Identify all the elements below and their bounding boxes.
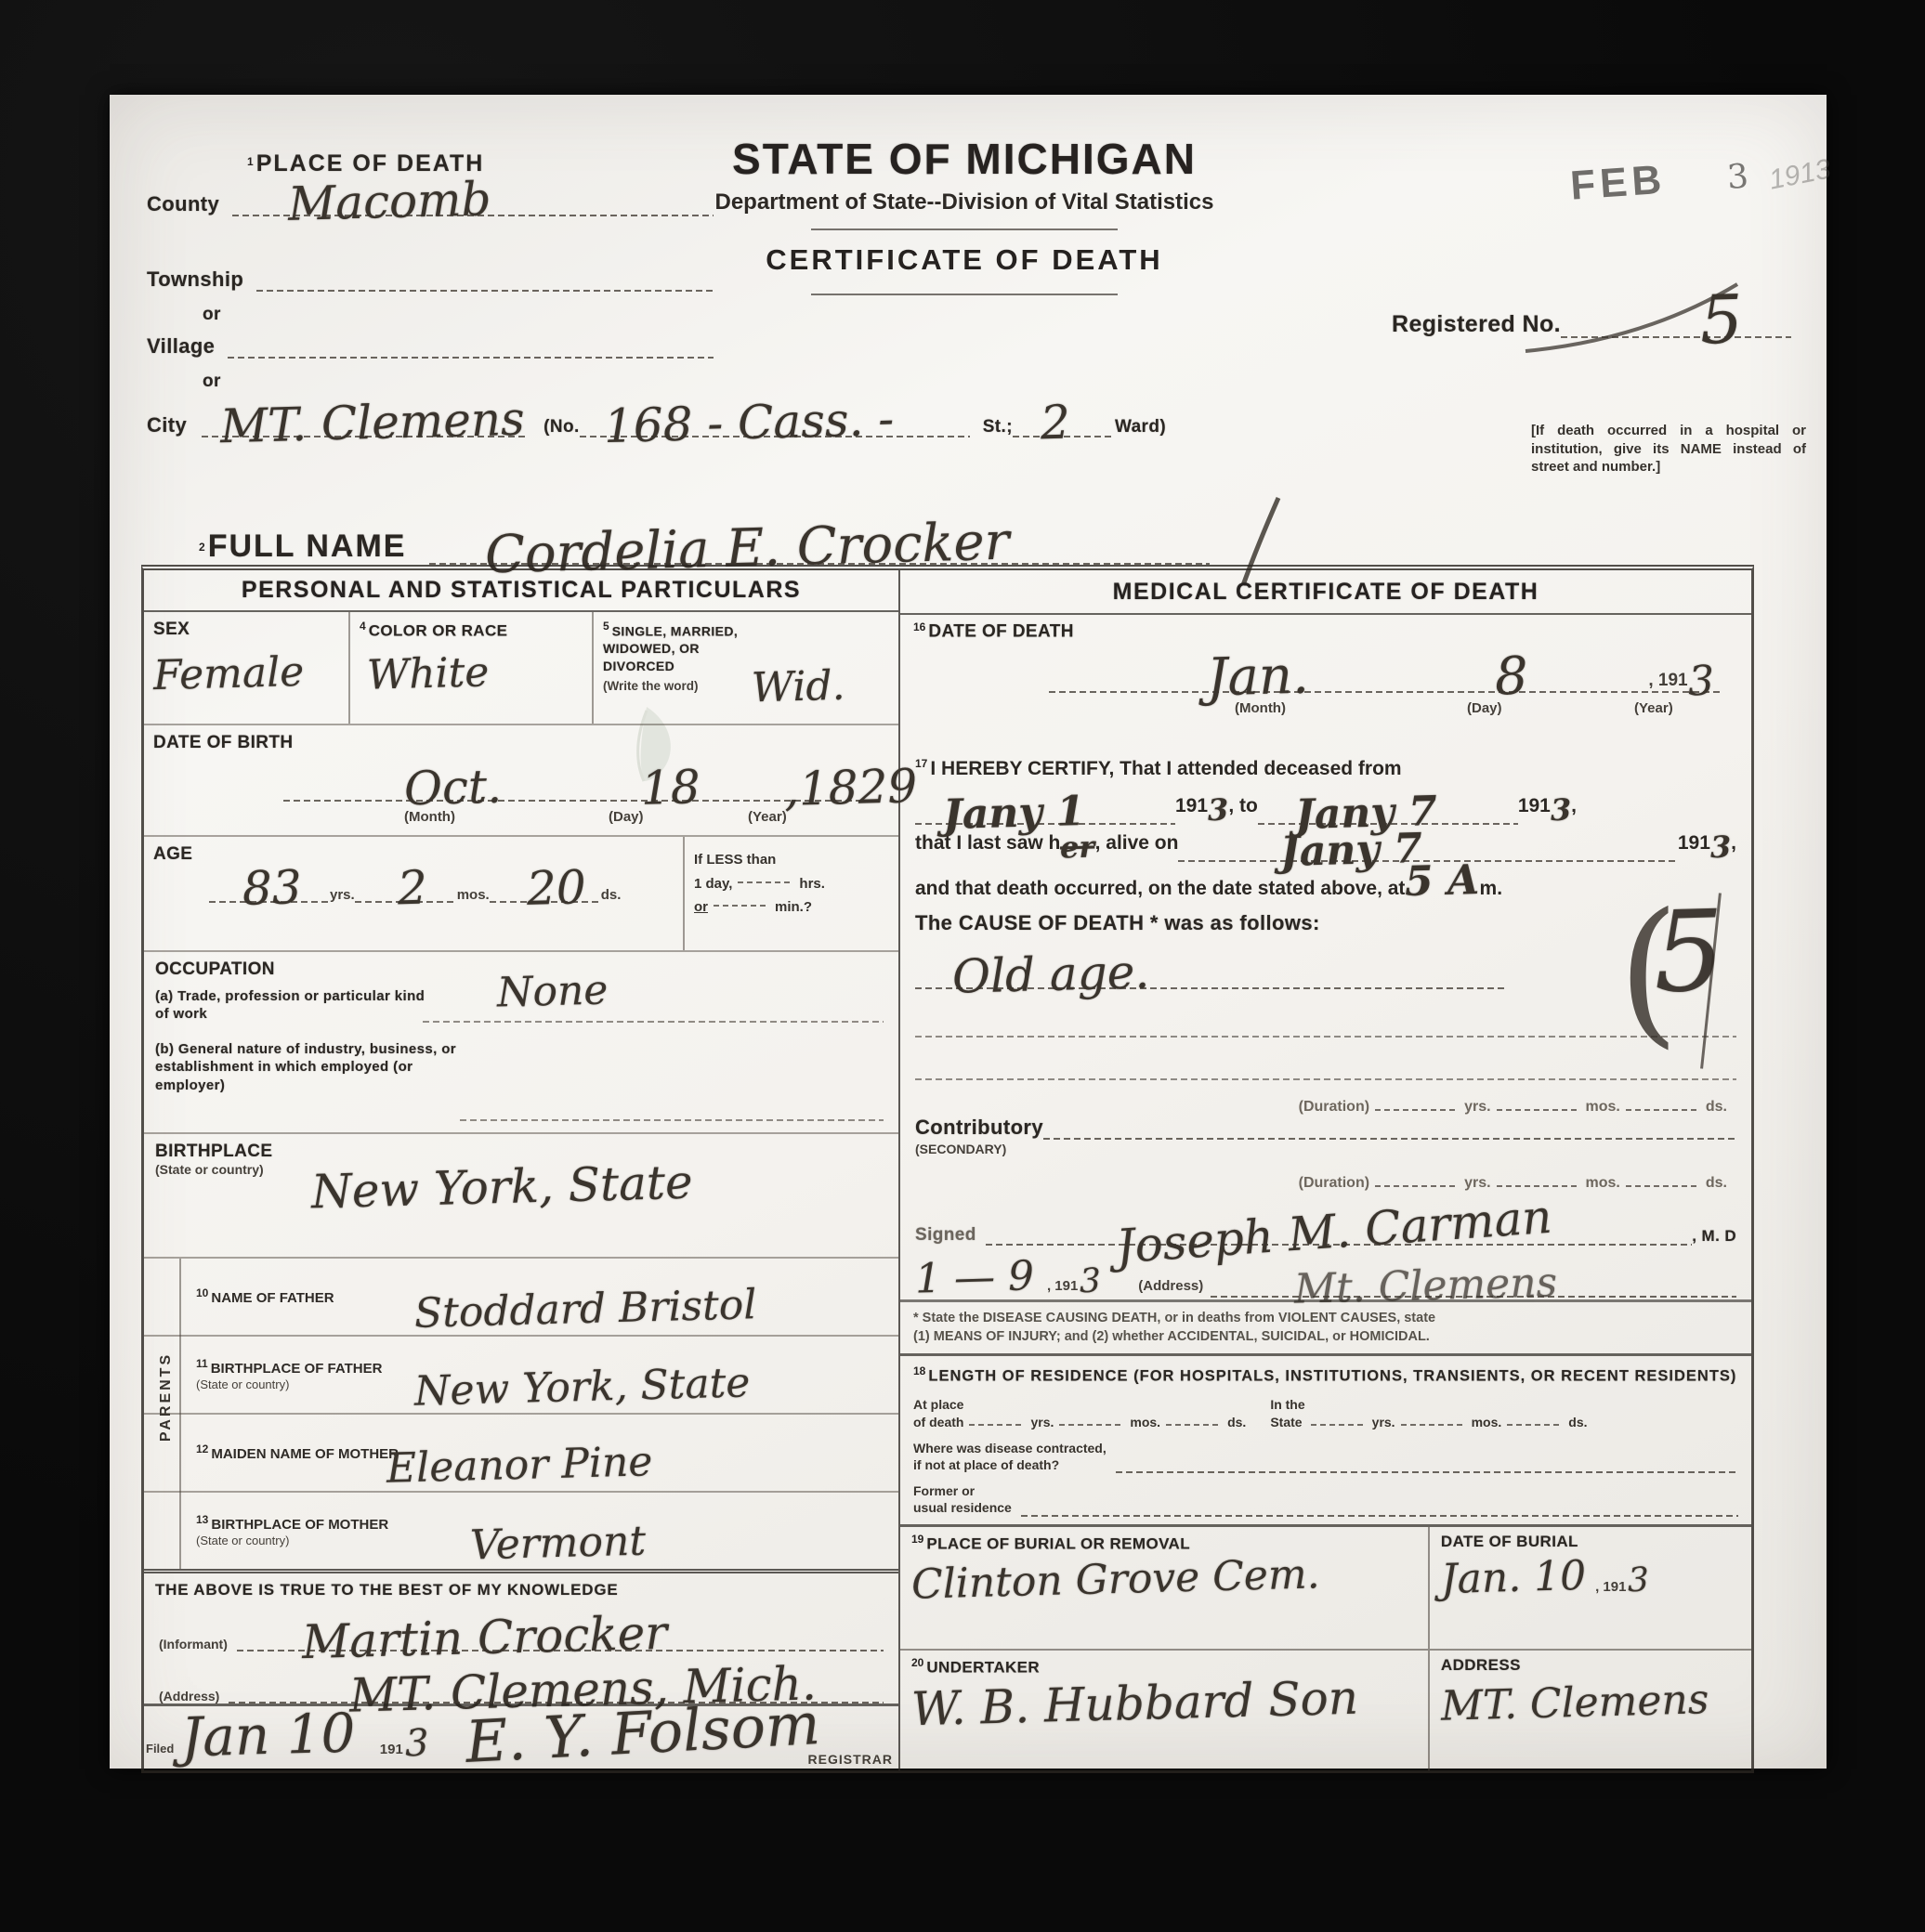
registered-no-handwritten: 5 [1699,287,1744,352]
undertaker-address-label: ADDRESS [1441,1656,1521,1674]
contracted-line [1116,1458,1738,1473]
cause-footnote: * State the DISEASE CAUSING DEATH, or in… [900,1299,1751,1353]
signed-address-label: (Address) [1138,1278,1203,1294]
informant-line: Martin Crocker [237,1616,884,1652]
certificate-paper: 1PLACE OF DEATH County Macomb Township o… [110,95,1827,1769]
field-number-16: 16 [913,620,925,633]
burial-date-handwritten: Jan. 10 [1440,1556,1586,1599]
mother-birthplace-row: 13BIRTHPLACE OF MOTHER (State or country… [144,1493,898,1569]
filed-date-handwritten: Jan 10 [181,1707,357,1763]
received-date-stamp: FEB31913 [1569,145,1832,209]
occupation-b-line [460,1119,884,1121]
attestation-statement: THE ABOVE IS TRUE TO THE BEST OF MY KNOW… [155,1581,887,1599]
at-place-label: At placeof death [913,1396,963,1429]
former-residence-line [1021,1502,1738,1517]
duration-label-2: (Duration) [1299,1175,1369,1192]
undertaker-label: UNDERTAKER [926,1658,1040,1676]
ward-handwritten: 2 [1040,401,1070,446]
field-number-20: 20 [911,1656,923,1669]
filed-year-digit: 3 [404,1726,428,1762]
cause-line: Old age. [915,937,1506,989]
age-row: AGE 83 yrs. 2 mos. 20 ds. If LESS than 1… [144,837,898,952]
father-name-handwritten: Stoddard Bristol [414,1286,757,1334]
father-name-label: NAME OF FATHER [211,1290,334,1306]
contributory-block: Contributory (SECONDARY) [900,1116,1751,1156]
signed-label: Signed [915,1225,976,1246]
residence-duration-row: At placeof death yrs. mos. ds. In theSta… [913,1396,1738,1429]
less-line-2: 1 day,hrs. [694,872,889,896]
residence-title: LENGTH OF RESIDENCE (FOR HOSPITALS, INST… [928,1367,1736,1384]
cause-of-death-label: The CAUSE OF DEATH * was as follows: [915,911,1736,935]
burial-place-handwritten: Clinton Grove Cem. [911,1555,1321,1604]
mother-name-row: 12MAIDEN NAME OF MOTHER Eleanor Pine [144,1415,898,1493]
mother-birthplace-sublabel: (State or country) [196,1534,414,1548]
registered-no-line: 5 [1561,288,1791,338]
color-race-handwritten: White [366,654,489,696]
death-time-handwritten: 5 A [1405,861,1480,902]
attended-to-year-digit: 3 [1550,796,1571,825]
sex-label: SEX [153,620,339,640]
state-title: STATE OF MICHIGAN [593,134,1336,184]
attended-from-year-digit: 3 [1208,796,1229,825]
particulars-box: PERSONAL AND STATISTICAL PARTICULARS SEX… [141,565,1754,1773]
city-label: City [147,413,187,437]
street-handwritten: 168 - Cass. - [603,398,894,450]
date-of-birth-row: DATE OF BIRTH Oct. 18 ,1829 (Month) (Day… [144,725,898,837]
date-of-death-label: DATE OF DEATH [928,621,1074,641]
birthplace-handwritten: New York, State [310,1161,693,1215]
former-residence-row: Former orusual residence [913,1482,1738,1516]
dod-month-handwritten: Jan. [1206,650,1309,702]
occupation-b-label: (b) General nature of industry, business… [155,1040,462,1095]
dod-year-printed: , 191 [1648,671,1687,691]
title-rule-2 [811,294,1118,299]
occupation-a-handwritten: None [496,971,608,1012]
filed-row: Filed Jan 10 191 3 E. Y. Folsom REGISTRA… [144,1704,898,1770]
field-number-4: 4 [360,620,366,633]
hospital-note: [If death occurred in a hospital or inst… [1531,422,1806,476]
marital-handwritten: Wid. [751,667,845,718]
informant-address-label: (Address) [159,1689,219,1704]
or-label-1: or [203,305,221,325]
filed-year-printed: 191 [380,1742,403,1757]
sex-color-marital-row: SEX Female 4COLOR OR RACE White 5SINGLE,… [144,612,898,725]
dod-month-sublabel: (Month) [1235,700,1286,716]
signed-line: Joseph M. Carman [986,1210,1693,1247]
stamp-month: FEB [1569,157,1668,209]
color-race-cell: 4COLOR OR RACE White [348,612,592,724]
attended-from-line: Jany 1 [915,794,1175,825]
contributory-line [1043,1121,1736,1140]
street-line: 168 - Cass. - [580,401,970,437]
dob-year-sublabel: (Year) [748,809,787,825]
registrar-label: REGISTRAR [808,1752,893,1767]
marital-label: SINGLE, MARRIED, WIDOWED, OR DIVORCED [603,623,738,673]
informant-handwritten: Martin Crocker [301,1611,667,1664]
burial-year-digit: 3 [1628,1565,1650,1598]
date-of-birth-label: DATE OF BIRTH [153,733,294,753]
age-years-handwritten: 83 [242,866,302,911]
saw-her-handwritten: er [1060,833,1095,862]
personal-column: PERSONAL AND STATISTICAL PARTICULARS SEX… [144,570,900,1770]
dob-day-sublabel: (Day) [609,809,644,825]
field-number-2: 2 [199,541,205,554]
mother-name-handwritten: Eleanor Pine [386,1443,653,1489]
parents-group: PARENTS 10NAME OF FATHER Stoddard Bristo… [144,1259,898,1569]
city-handwritten: MT. Clemens [220,398,526,450]
village-label: Village [147,334,215,359]
birthplace-row: BIRTHPLACE (State or country) New York, … [144,1134,898,1259]
undertaker-cell: 20UNDERTAKER W. B. Hubbard Son [900,1649,1428,1770]
street-no-open-label: (No. [543,417,580,437]
city-line: MT. Clemens [202,401,527,437]
burial-place-cell: 19PLACE OF BURIAL OR REMOVAL Clinton Gro… [900,1527,1428,1649]
form-title-block: STATE OF MICHIGAN Department of State--D… [593,134,1336,308]
undertaker-address-cell: ADDRESS MT. Clemens [1428,1649,1751,1770]
dod-year-sublabel: (Year) [1634,700,1673,716]
burial-grid: 19PLACE OF BURIAL OR REMOVAL Clinton Gro… [900,1524,1751,1771]
dob-line: Oct. 18 ,1829 [283,753,861,802]
undertaker-handwritten: W. B. Hubbard Son [910,1677,1358,1732]
duration-label-1: (Duration) [1299,1099,1369,1116]
burial-year-printed: , 191 [1595,1579,1626,1595]
signed-date-handwritten: 1 — 9 [914,1258,1034,1299]
sex-handwritten: Female [152,653,304,696]
age-yrs-line: 83 [209,867,330,903]
attended-from-handwritten: Jany 1 [942,792,1085,835]
less-line-1: If LESS than [694,848,889,872]
medical-column: MEDICAL CERTIFICATE OF DEATH 16DATE OF D… [900,570,1751,1770]
signed-year-digit: 3 [1080,1266,1102,1299]
registered-no-row: Registered No. 5 [1392,288,1791,338]
informant-row: (Informant) Martin Crocker [155,1599,887,1651]
burial-date-label: DATE OF BURIAL [1441,1533,1578,1550]
burial-date-cell: DATE OF BURIAL Jan. 10 , 191 3 [1428,1527,1751,1649]
contributory-label: Contributory [915,1116,1043,1140]
residence-block: 18LENGTH OF RESIDENCE (FOR HOSPITALS, IN… [900,1353,1751,1524]
duration-row-1: (Duration) yrs. mos. ds. [900,1080,1751,1116]
footnote-line-2: (1) MEANS OF INJURY; and (2) whether ACC… [913,1327,1738,1346]
stamp-day: 3 [1726,157,1750,196]
full-name-label: FULL NAME [208,529,407,564]
date-of-death-row: 16DATE OF DEATH Jan. 8 , 191 3 (Month) (… [900,615,1751,749]
signed-year-printed: , 191 [1047,1278,1078,1294]
age-ds-line: 20 [490,867,601,903]
former-residence-label: Former orusual residence [913,1482,1012,1516]
attestation-block: THE ABOVE IS TRUE TO THE BEST OF MY KNOW… [144,1569,898,1704]
field-number-1: 1 [247,155,254,168]
duration-row-2: (Duration) yrs. mos. ds. [900,1156,1751,1192]
certify-line-1: 17I HEREBY CERTIFY, That I attended dece… [915,751,1736,788]
field-number-18: 18 [913,1364,925,1377]
certificate-title: CERTIFICATE OF DEATH [593,243,1336,277]
age-ds-label: ds. [601,887,622,903]
certify-line-2: Jany 1 1913, to Jany 7 1913, [915,788,1736,825]
city-row: City MT. Clemens (No. 168 - Cass. - St.;… [147,401,1438,437]
cause-of-death-block: The CAUSE OF DEATH * was as follows: ( 5… [900,907,1751,1081]
dod-year-digit: 3 [1687,662,1714,702]
marital-cell: 5SINGLE, MARRIED, WIDOWED, OR DIVORCED (… [592,612,898,724]
in-state-label: In theState [1270,1396,1304,1429]
dob-month-sublabel: (Month) [404,809,455,825]
registered-flourish-mark [1524,271,1802,355]
father-birthplace-row: 11BIRTHPLACE OF FATHER (State or country… [144,1337,898,1415]
personal-section-title: PERSONAL AND STATISTICAL PARTICULARS [144,570,898,612]
dob-month-handwritten: Oct. [403,764,502,811]
signed-address-line: Mt. Clemens [1211,1267,1736,1298]
dod-day-sublabel: (Day) [1467,700,1502,716]
father-birthplace-label: BIRTHPLACE OF FATHER [211,1361,383,1377]
village-line [228,334,714,359]
secondary-label: (SECONDARY) [915,1142,1736,1156]
township-label: Township [147,268,243,292]
medical-section-title: MEDICAL CERTIFICATE OF DEATH [900,570,1751,615]
burial-place-label: PLACE OF BURIAL OR REMOVAL [926,1534,1190,1552]
department-subtitle: Department of State--Division of Vital S… [593,189,1336,215]
full-name-row: 2FULL NAME Cordelia E. Crocker [199,492,1499,565]
color-race-label: COLOR OR RACE [369,621,508,639]
undertaker-address-handwritten: MT. Clemens [1440,1680,1709,1726]
county-label: County [147,192,219,216]
less-line-3: ormin.? [694,895,889,920]
scan-background: 1PLACE OF DEATH County Macomb Township o… [0,0,1925,1932]
father-birthplace-handwritten: New York, State [414,1364,751,1412]
age-mos-line: 2 [355,867,457,903]
occupation-row: OCCUPATION (a) Trade, profession or part… [144,952,898,1134]
dob-day-handwritten: 18 [640,765,701,811]
village-row: Village [147,334,714,359]
if-less-than-box: If LESS than 1 day,hrs. ormin.? [683,837,898,950]
father-birthplace-sublabel: (State or country) [196,1377,414,1392]
certify-paragraph: 17I HEREBY CERTIFY, That I attended dece… [900,749,1751,907]
age-cell: AGE 83 yrs. 2 mos. 20 ds. [144,837,683,950]
dod-day-handwritten: 8 [1494,651,1528,701]
field-number-5: 5 [603,620,609,633]
contracted-label: Where was disease contracted,if not at p… [913,1440,1107,1473]
stamp-year: 1913 [1766,153,1833,196]
county-handwritten: Macomb [288,177,492,227]
field-number-19: 19 [911,1533,923,1546]
age-months-handwritten: 2 [397,867,427,911]
last-saw-handwritten: Jany 7 [1280,829,1423,872]
signed-row: Signed Joseph M. Carman , M. D [900,1192,1751,1246]
st-label: St.; [983,417,1013,437]
age-yrs-label: yrs. [330,887,355,903]
mother-birthplace-label: BIRTHPLACE OF MOTHER [211,1517,388,1533]
dod-line: Jan. 8 , 191 3 [1049,641,1723,693]
mother-name-label: MAIDEN NAME OF MOTHER [211,1446,399,1462]
ward-close-label: Ward) [1115,417,1166,437]
last-saw-year-digit: 3 [1709,833,1731,862]
marital-note: (Write the word) [603,679,752,693]
md-label: , M. D [1692,1227,1736,1246]
dob-year-handwritten: ,1829 [783,764,917,812]
occupation-a-label: (a) Trade, profession or particular kind… [155,987,434,1024]
title-rule-1 [811,228,1118,234]
registrar-signature: E. Y. Folsom [465,1697,821,1770]
age-mos-label: mos. [457,887,490,903]
occupation-a-line [423,1021,884,1023]
informant-label: (Informant) [159,1637,228,1651]
contracted-row: Where was disease contracted,if not at p… [913,1440,1738,1473]
cause-blank-line-2 [915,1038,1736,1080]
footnote-line-1: * State the DISEASE CAUSING DEATH, or in… [913,1309,1738,1327]
age-days-handwritten: 20 [526,866,586,911]
full-name-line: Cordelia E. Crocker [429,524,1210,565]
cause-handwritten: Old age. [951,950,1149,999]
ward-line: 2 [1013,401,1115,437]
mother-birthplace-handwritten: Vermont [469,1522,646,1566]
father-name-row: 10NAME OF FATHER Stoddard Bristol [144,1259,898,1337]
filed-label: Filed [146,1742,174,1756]
sex-cell: SEX Female [144,612,348,724]
attended-to-line: Jany 7 [1258,794,1518,825]
or-label-2: or [203,372,221,392]
